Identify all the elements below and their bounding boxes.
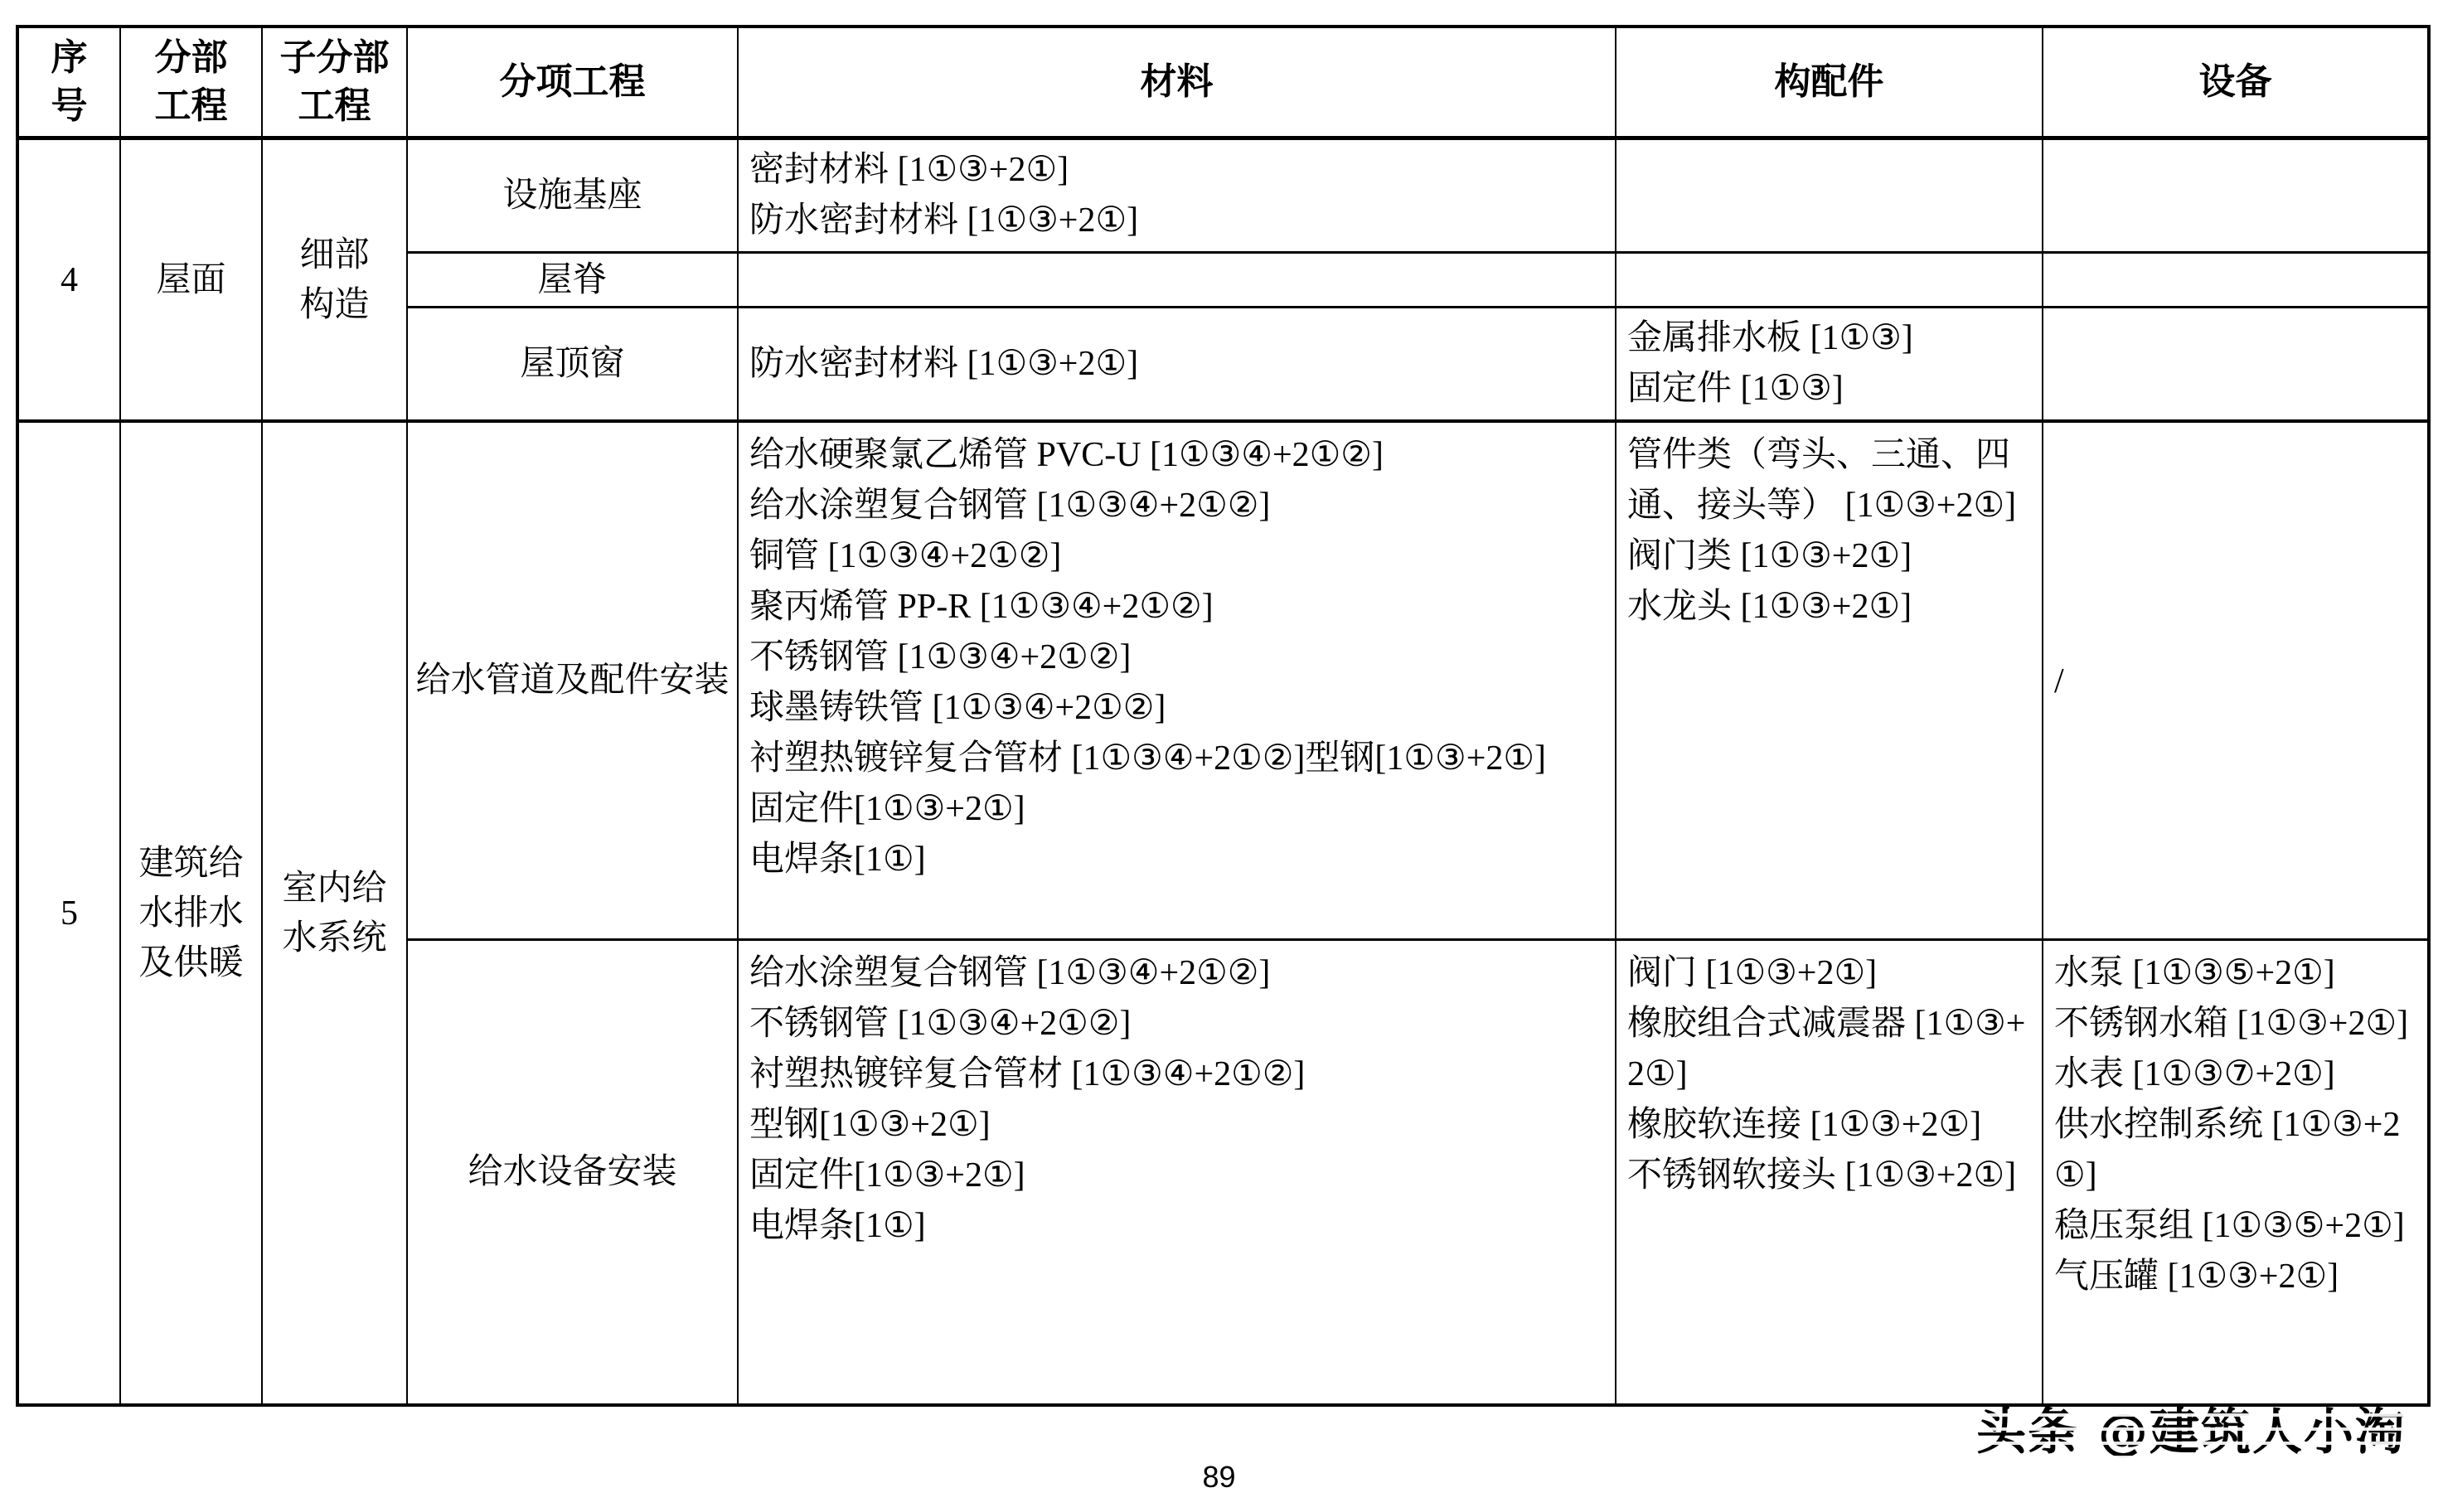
material-line: 球墨铸铁管 [1①③④+2①②] (749, 683, 1604, 734)
component-line: 管件类（弯头、三通、四通、接头等） [1①③+2①] (1627, 430, 2031, 531)
item-cell: 屋脊 (407, 253, 738, 308)
serial-cell: 4 (17, 138, 120, 422)
components-cell-empty (1616, 138, 2043, 253)
equipment-cell: / (2043, 421, 2429, 939)
item-cell: 给水管道及配件安装 (407, 421, 738, 939)
division-cell: 建筑给 水排水 及供暖 (120, 421, 262, 1405)
components-cell: 阀门 [1①③+2①] 橡胶组合式减震器 [1①③+2①] 橡胶软连接 [1①③… (1616, 939, 2043, 1405)
equipment-line: 水泵 [1①③⑤+2①] (2054, 948, 2416, 999)
document-page: 序 号 分部 工程 子分部 工程 分项工程 材料 构配件 设备 4 屋面 细部 … (0, 0, 2438, 1512)
material-line: 给水涂塑复合钢管 [1①③④+2①②] (749, 948, 1604, 999)
materials-cell-empty (738, 253, 1616, 308)
col-header-division: 分部 工程 (120, 27, 262, 138)
component-line: 不锈钢软接头 [1①③+2①] (1627, 1151, 2031, 1201)
table-row: 5 建筑给 水排水 及供暖 室内给 水系统 给水管道及配件安装 给水硬聚氯乙烯管… (17, 421, 2429, 939)
equipment-line: / (2054, 657, 2416, 707)
component-line: 橡胶软连接 [1①③+2①] (1627, 1100, 2031, 1151)
equipment-line: 水表 [1①③⑦+2①] (2054, 1049, 2416, 1100)
watermark: 头条 @建筑人小淘 (1976, 1398, 2406, 1467)
materials-cell: 防水密封材料 [1①③+2①] (738, 308, 1616, 422)
material-line: 电焊条[1①] (749, 835, 1604, 885)
material-line: 防水密封材料 [1①③+2①] (749, 339, 1604, 390)
component-line: 金属排水板 [1①③] (1627, 313, 2031, 364)
item-cell: 设施基座 (407, 138, 738, 253)
col-header-subdivision: 子分部 工程 (262, 27, 407, 138)
col-header-serial: 序 号 (17, 27, 120, 138)
material-line: 型钢[1①③+2①] (749, 1100, 1604, 1151)
material-line: 防水密封材料 [1①③+2①] (749, 196, 1604, 246)
material-line: 铜管 [1①③④+2①②] (749, 531, 1604, 582)
equipment-line: 供水控制系统 [1①③+2①] (2054, 1100, 2416, 1201)
header-row: 序 号 分部 工程 子分部 工程 分项工程 材料 构配件 设备 (17, 27, 2429, 138)
material-line: 不锈钢管 [1①③④+2①②] (749, 999, 1604, 1049)
col-header-item: 分项工程 (407, 27, 738, 138)
equipment-cell-empty (2043, 138, 2429, 253)
materials-cell: 密封材料 [1①③+2①] 防水密封材料 [1①③+2①] (738, 138, 1616, 253)
component-line: 阀门类 [1①③+2①] (1627, 531, 2031, 582)
material-line: 固定件[1①③+2①] (749, 784, 1604, 835)
engineering-spec-table: 序 号 分部 工程 子分部 工程 分项工程 材料 构配件 设备 4 屋面 细部 … (16, 25, 2431, 1407)
components-cell: 金属排水板 [1①③] 固定件 [1①③] (1616, 308, 2043, 422)
material-line: 给水涂塑复合钢管 [1①③④+2①②] (749, 481, 1604, 531)
subdivision-cell: 细部 构造 (262, 138, 407, 422)
components-cell-empty (1616, 253, 2043, 308)
col-header-equipment: 设备 (2043, 27, 2429, 138)
col-header-components: 构配件 (1616, 27, 2043, 138)
material-line: 电焊条[1①] (749, 1201, 1604, 1252)
item-cell: 屋顶窗 (407, 308, 738, 422)
division-cell: 屋面 (120, 138, 262, 422)
components-cell: 管件类（弯头、三通、四通、接头等） [1①③+2①] 阀门类 [1①③+2①] … (1616, 421, 2043, 939)
materials-cell: 给水涂塑复合钢管 [1①③④+2①②] 不锈钢管 [1①③④+2①②] 衬塑热镀… (738, 939, 1616, 1405)
equipment-line: 气压罐 [1①③+2①] (2054, 1252, 2416, 1302)
equipment-cell-empty (2043, 253, 2429, 308)
equipment-line: 稳压泵组 [1①③⑤+2①] (2054, 1201, 2416, 1252)
subdivision-cell: 室内给 水系统 (262, 421, 407, 1405)
item-cell: 给水设备安装 (407, 939, 738, 1405)
material-line: 聚丙烯管 PP-R [1①③④+2①②] (749, 582, 1604, 632)
materials-cell: 给水硬聚氯乙烯管 PVC-U [1①③④+2①②] 给水涂塑复合钢管 [1①③④… (738, 421, 1616, 939)
material-line: 固定件[1①③+2①] (749, 1151, 1604, 1201)
material-line: 衬塑热镀锌复合管材 [1①③④+2①②] (749, 1049, 1604, 1100)
serial-cell: 5 (17, 421, 120, 1405)
material-line: 密封材料 [1①③+2①] (749, 145, 1604, 196)
component-line: 水龙头 [1①③+2①] (1627, 582, 2031, 632)
equipment-line: 不锈钢水箱 [1①③+2①] (2054, 999, 2416, 1049)
component-line: 橡胶组合式减震器 [1①③+2①] (1627, 999, 2031, 1100)
component-line: 阀门 [1①③+2①] (1627, 948, 2031, 999)
equipment-cell: 水泵 [1①③⑤+2①] 不锈钢水箱 [1①③+2①] 水表 [1①③⑦+2①]… (2043, 939, 2429, 1405)
equipment-cell-empty (2043, 308, 2429, 422)
col-header-materials: 材料 (738, 27, 1616, 138)
material-line: 不锈钢管 [1①③④+2①②] (749, 632, 1604, 683)
material-line: 给水硬聚氯乙烯管 PVC-U [1①③④+2①②] (749, 430, 1604, 481)
table-row: 4 屋面 细部 构造 设施基座 密封材料 [1①③+2①] 防水密封材料 [1①… (17, 138, 2429, 253)
component-line: 固定件 [1①③] (1627, 364, 2031, 414)
material-line: 衬塑热镀锌复合管材 [1①③④+2①②]型钢[1①③+2①] (749, 734, 1604, 784)
